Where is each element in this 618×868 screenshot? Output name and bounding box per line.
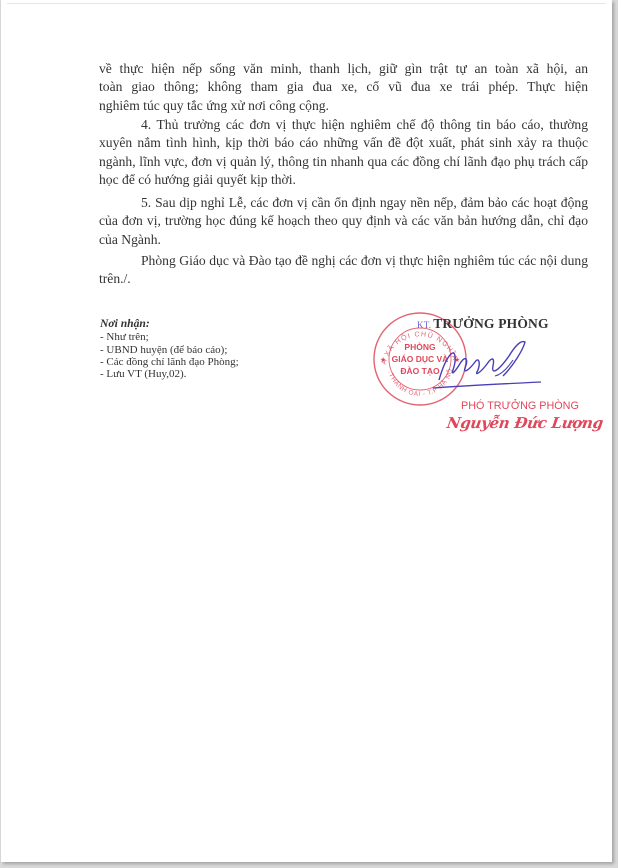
text-line: nghiêm túc quy tắc ứng xử nơi công cộng. bbox=[99, 97, 588, 115]
text-line: về thực hiện nếp sống văn minh, thanh lị… bbox=[99, 60, 588, 78]
item-5-text: 5. Sau dịp nghỉ Lễ, các đơn vị cần ổn đị… bbox=[99, 194, 588, 249]
recipients-label: Nơi nhận: bbox=[100, 318, 239, 330]
deputy-title: PHÓ TRƯỞNG PHÒNG bbox=[461, 400, 579, 412]
item-4-paragraph: 4. Thủ trưởng các đơn vị thực hiện nghiê… bbox=[99, 116, 588, 189]
recipient-item: - Lưu VT (Huy,02). bbox=[100, 368, 239, 380]
recipient-item: - Như trên; bbox=[100, 331, 239, 343]
text-line: toàn giao thông; không tham gia đua xe, … bbox=[99, 78, 588, 96]
document-page: về thực hiện nếp sống văn minh, thanh lị… bbox=[1, 0, 612, 862]
signer-name: Nguyễn Đức Lượng bbox=[446, 414, 604, 432]
recipient-item: - Các đồng chí lãnh đạo Phòng; bbox=[100, 356, 239, 368]
handwritten-signature-icon bbox=[429, 336, 549, 394]
recipients-block: Nơi nhận: - Như trên; - UBND huyện (để b… bbox=[100, 318, 239, 380]
item-4-text: 4. Thủ trưởng các đơn vị thực hiện nghiê… bbox=[99, 116, 588, 189]
signature-title: KT.TRƯỞNG PHÒNG bbox=[417, 316, 549, 332]
item-5-paragraph: 5. Sau dịp nghỉ Lễ, các đơn vị cần ổn đị… bbox=[99, 194, 588, 249]
signature-title-text: TRƯỞNG PHÒNG bbox=[433, 316, 549, 331]
continued-paragraph: về thực hiện nếp sống văn minh, thanh lị… bbox=[99, 60, 588, 115]
signature-prefix: KT. bbox=[417, 320, 431, 330]
svg-text:★: ★ bbox=[380, 356, 386, 364]
recipient-item: - UBND huyện (để báo cáo); bbox=[100, 344, 239, 356]
closing-paragraph: Phòng Giáo dục và Đào tạo đề nghị các đơ… bbox=[99, 252, 588, 289]
closing-text: Phòng Giáo dục và Đào tạo đề nghị các đơ… bbox=[99, 252, 588, 289]
page-top-rule bbox=[7, 3, 606, 4]
